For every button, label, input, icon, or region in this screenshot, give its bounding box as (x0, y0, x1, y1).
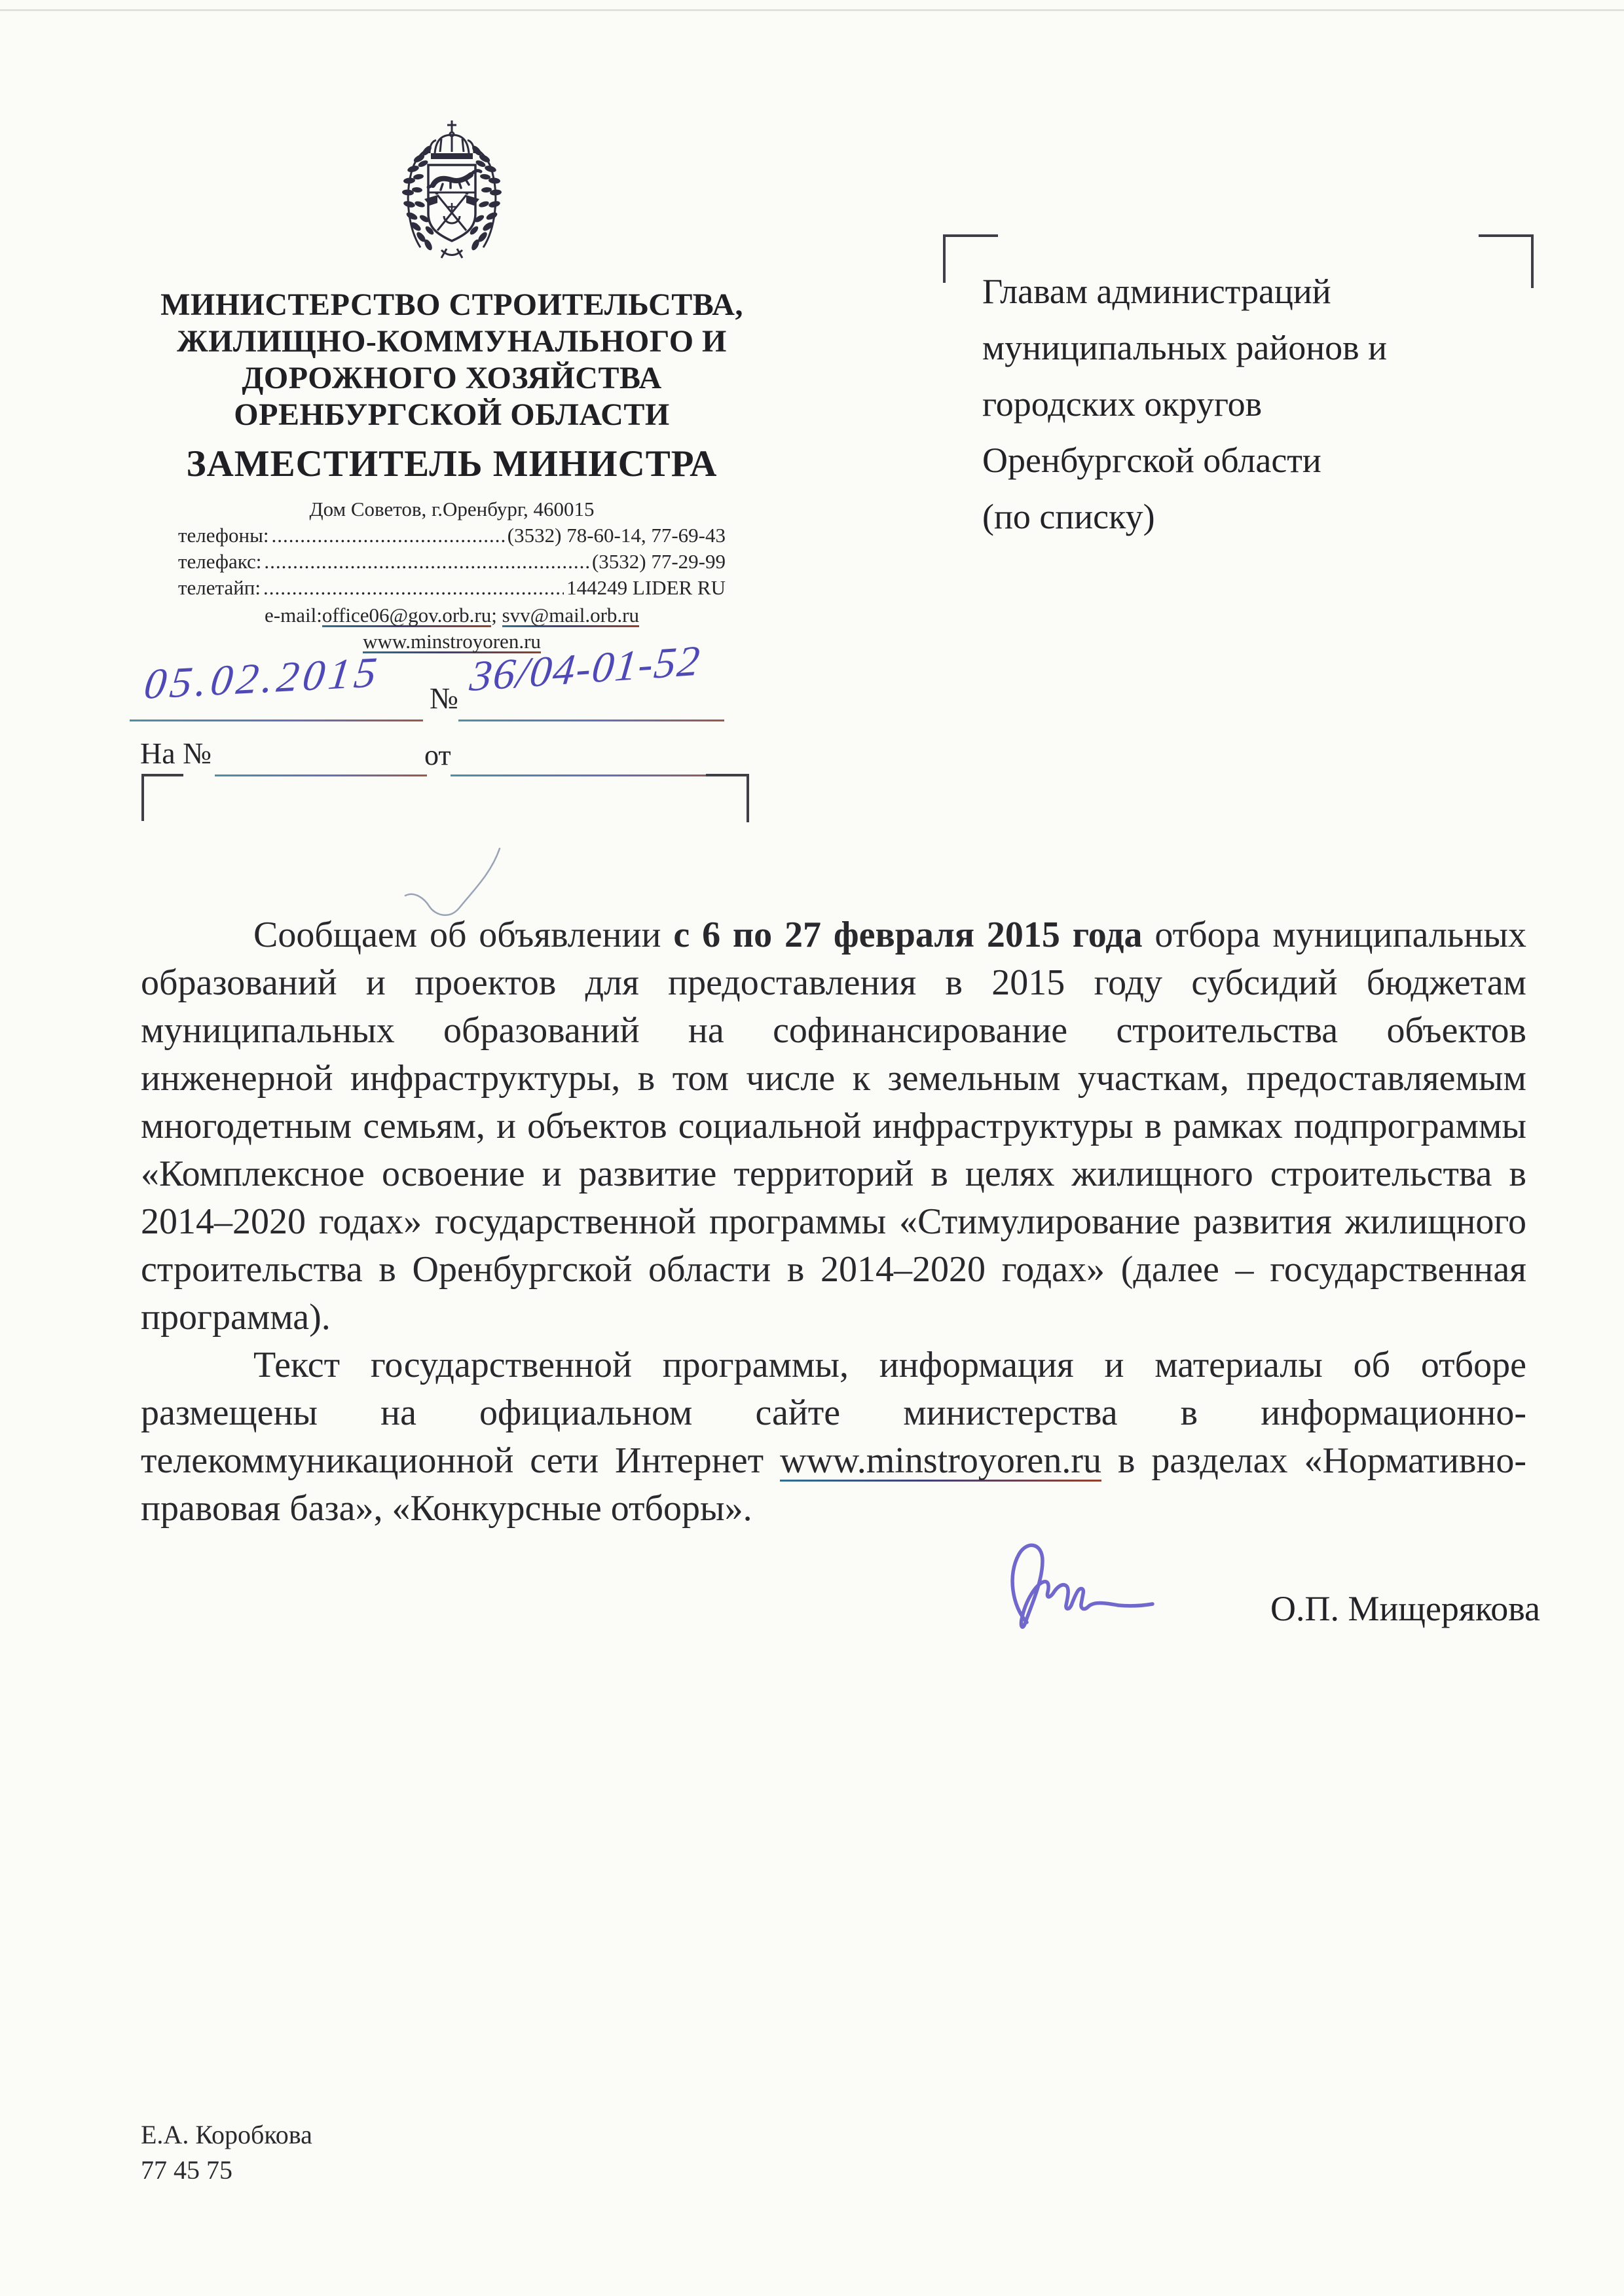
number-underline (458, 720, 724, 721)
date-underline (130, 720, 423, 721)
email-address-primary: office06@gov.orb.ru (322, 604, 491, 628)
letterhead: МИНИСТЕРСТВО СТРОИТЕЛЬСТВА, ЖИЛИЩНО-КОММ… (115, 287, 789, 655)
ministry-name-line-1: МИНИСТЕРСТВО СТРОИТЕЛЬСТВА, (115, 287, 789, 323)
recipient-line: Главам администраций (982, 263, 1559, 319)
scanned-letter-page: МИНИСТЕРСТВО СТРОИТЕЛЬСТВА, ЖИЛИЩНО-КОММ… (0, 0, 1624, 2296)
recipient-block: Главам администраций муниципальных район… (982, 263, 1559, 545)
executor-name: Е.А. Коробкова (141, 2117, 312, 2153)
executor-block: Е.А. Коробкова 77 45 75 (141, 2117, 312, 2188)
paragraph-1-rest: отбора муниципальных образований и проек… (141, 915, 1526, 1338)
dotted-leader: ........................................… (263, 575, 564, 601)
reference-corner-mark-left (141, 774, 183, 821)
number-sign-label: № (430, 681, 458, 716)
contact-row-fax: телефакс: ..............................… (178, 549, 726, 575)
reply-date-underline (451, 774, 735, 776)
recipient-line: Оренбургской области (982, 432, 1559, 488)
announcement-period: с 6 по 27 февраля 2015 года (673, 915, 1142, 955)
reply-to-number-label: На № (140, 736, 212, 771)
recipient-line: (по списку) (982, 488, 1559, 545)
executor-phone: 77 45 75 (141, 2153, 312, 2188)
ministry-name-line-3: ДОРОЖНОГО ХОЗЯЙСТВА (115, 360, 789, 397)
dotted-leader: ........................................… (272, 522, 505, 549)
paragraph-announcement: Сообщаем об объявлении с 6 по 27 февраля… (141, 911, 1526, 1341)
signer-name: О.П. Мищерякова (1225, 1588, 1540, 1629)
contact-block: телефоны: ..............................… (178, 522, 726, 601)
phones-label: телефоны: (178, 522, 269, 549)
email-label: e-mail: (265, 604, 322, 627)
reply-number-underline (215, 774, 427, 776)
recipient-line: муниципальных районов и (982, 319, 1559, 376)
phones-value: (3532) 78-60-14, 77-69-43 (507, 522, 726, 549)
contact-row-teletype: телетайп: ..............................… (178, 575, 726, 601)
dotted-leader: ........................................… (264, 549, 589, 575)
contact-row-phones: телефоны: ..............................… (178, 522, 726, 549)
fax-label: телефакс: (178, 549, 261, 575)
program-website-link: www.minstroyoren.ru (780, 1440, 1101, 1482)
email-separator: ; (491, 604, 502, 627)
paragraph-1-start: Сообщаем об объявлении (253, 915, 673, 955)
ministry-name-line-4: ОРЕНБУРГСКОЙ ОБЛАСТИ (115, 397, 789, 433)
handwritten-outgoing-date: 05.02.2015 (141, 647, 383, 710)
address-line: Дом Советов, г.Оренбург, 460015 (115, 496, 789, 522)
scan-edge-artifact (0, 9, 1624, 11)
email-address-secondary: svv@mail.orb.ru (502, 604, 639, 628)
orenburg-coat-of-arms-icon (392, 119, 512, 262)
handwritten-signature-stroke (987, 1539, 1204, 1637)
teletype-value: 144249 LIDER RU (566, 575, 726, 601)
ministry-name-line-2: ЖИЛИЩНО-КОММУНАЛЬНОГО И (115, 323, 789, 360)
paragraph-materials: Текст государственной программы, информа… (141, 1341, 1526, 1533)
recipient-line: городских округов (982, 376, 1559, 432)
reference-corner-mark-right (706, 774, 749, 822)
deputy-minister-title: ЗАМЕСТИТЕЛЬ МИНИСТРА (115, 444, 789, 484)
email-line: e-mail:office06@gov.orb.ru; svv@mail.orb… (115, 602, 789, 629)
teletype-label: телетайп: (178, 575, 261, 601)
reply-from-label: от (424, 738, 451, 772)
fax-value: (3532) 77-29-99 (592, 549, 726, 575)
letter-body: Сообщаем об объявлении с 6 по 27 февраля… (141, 911, 1526, 1533)
